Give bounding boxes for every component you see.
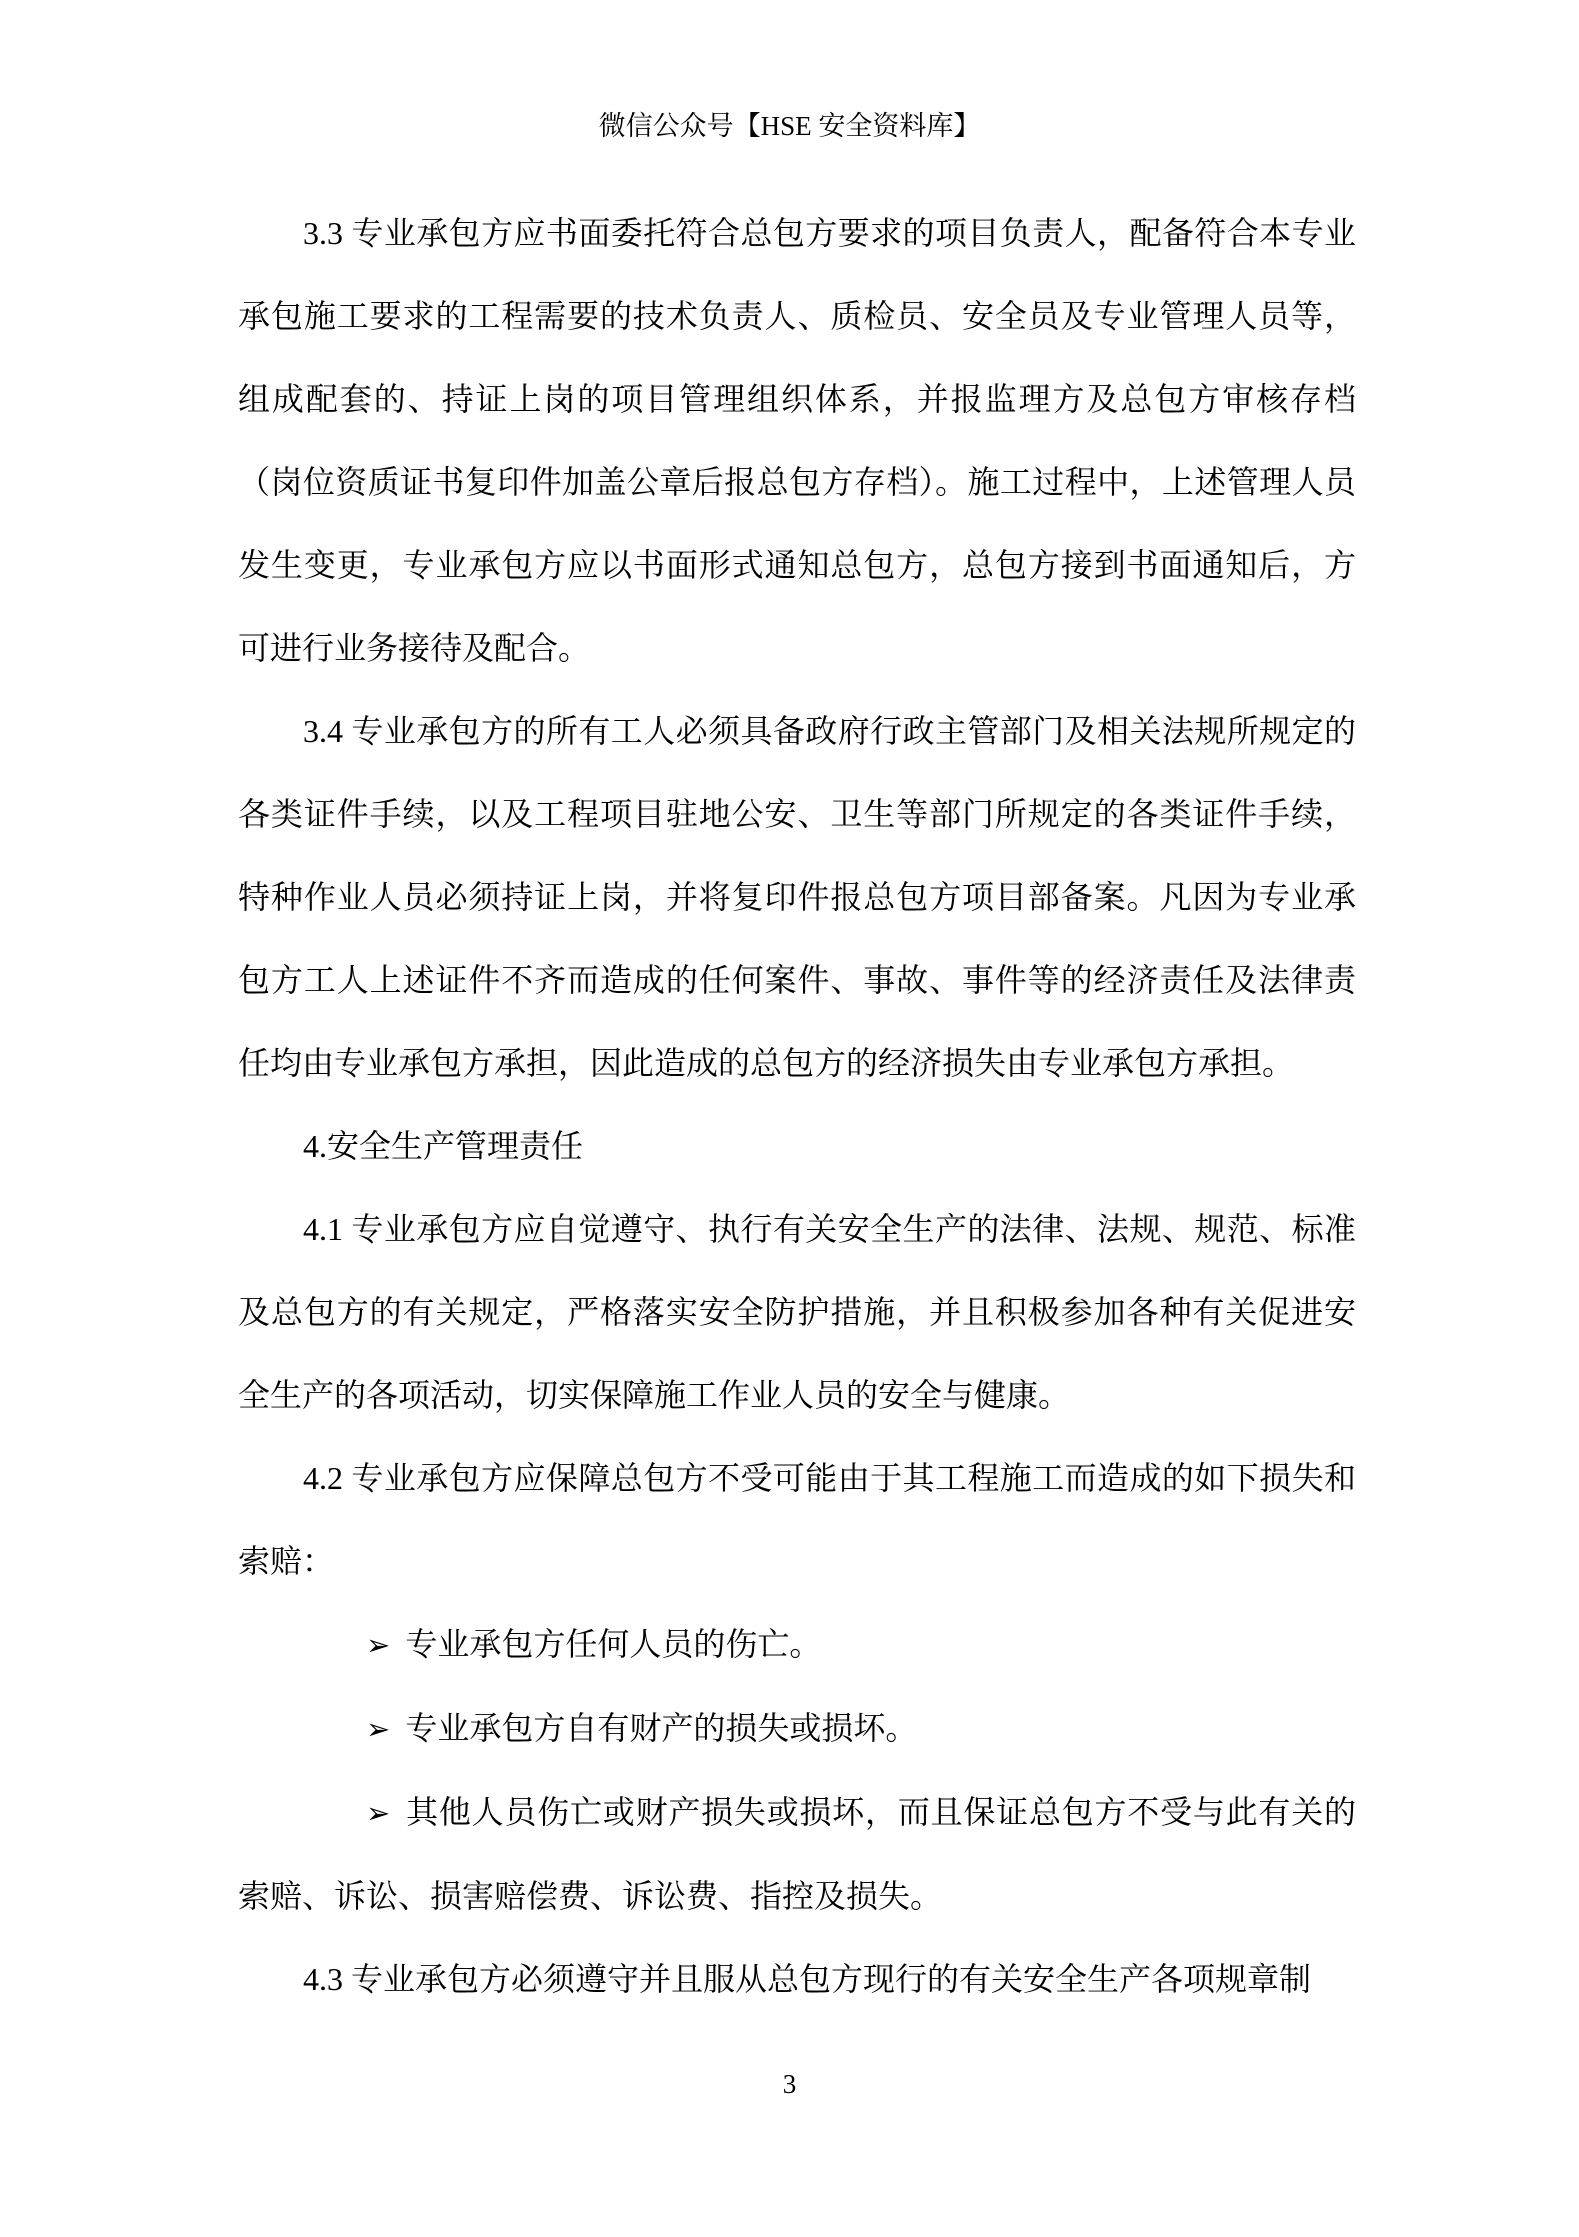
page-header: 微信公众号【HSE 安全资料库】	[0, 110, 1579, 142]
document-page: 微信公众号【HSE 安全资料库】 3.3 专业承包方应书面委托符合总包方要求的项…	[0, 0, 1579, 2237]
bullet-list: ➢专业承包方任何人员的伤亡。 ➢专业承包方自有财产的损失或损坏。 ➢其他人员伤亡…	[238, 1603, 1356, 1938]
paragraph-3-4: 3.4 专业承包方的所有工人必须具备政府行政主管部门及相关法规所规定的各类证件手…	[238, 690, 1356, 1105]
arrow-bullet-icon: ➢	[366, 1628, 390, 1662]
section-heading-4: 4.安全生产管理责任	[238, 1105, 1356, 1188]
bullet-text: 专业承包方任何人员的伤亡。	[405, 1626, 821, 1662]
bullet-item: ➢其他人员伤亡或财产损失或损坏，而且保证总包方不受与此有关的索赔、诉讼、损害赔偿…	[238, 1771, 1356, 1938]
arrow-bullet-icon: ➢	[366, 1712, 390, 1746]
bullet-item: ➢专业承包方任何人员的伤亡。	[238, 1603, 1356, 1687]
paragraph-3-3: 3.3 专业承包方应书面委托符合总包方要求的项目负责人，配备符合本专业承包施工要…	[238, 192, 1356, 690]
arrow-bullet-icon: ➢	[366, 1796, 390, 1830]
paragraph-4-2: 4.2 专业承包方应保障总包方不受可能由于其工程施工而造成的如下损失和索赔：	[238, 1437, 1356, 1603]
bullet-text: 专业承包方自有财产的损失或损坏。	[405, 1710, 917, 1746]
paragraph-4-1: 4.1 专业承包方应自觉遵守、执行有关安全生产的法律、法规、规范、标准及总包方的…	[238, 1188, 1356, 1437]
bullet-text: 其他人员伤亡或财产损失或损坏，而且保证总包方不受与此有关的索赔、诉讼、损害赔偿费…	[238, 1794, 1356, 1914]
document-body: 3.3 专业承包方应书面委托符合总包方要求的项目负责人，配备符合本专业承包施工要…	[238, 192, 1356, 2021]
page-number: 3	[0, 2068, 1579, 2100]
paragraph-4-3: 4.3 专业承包方必须遵守并且服从总包方现行的有关安全生产各项规章制	[238, 1938, 1356, 2021]
bullet-item: ➢专业承包方自有财产的损失或损坏。	[238, 1687, 1356, 1771]
